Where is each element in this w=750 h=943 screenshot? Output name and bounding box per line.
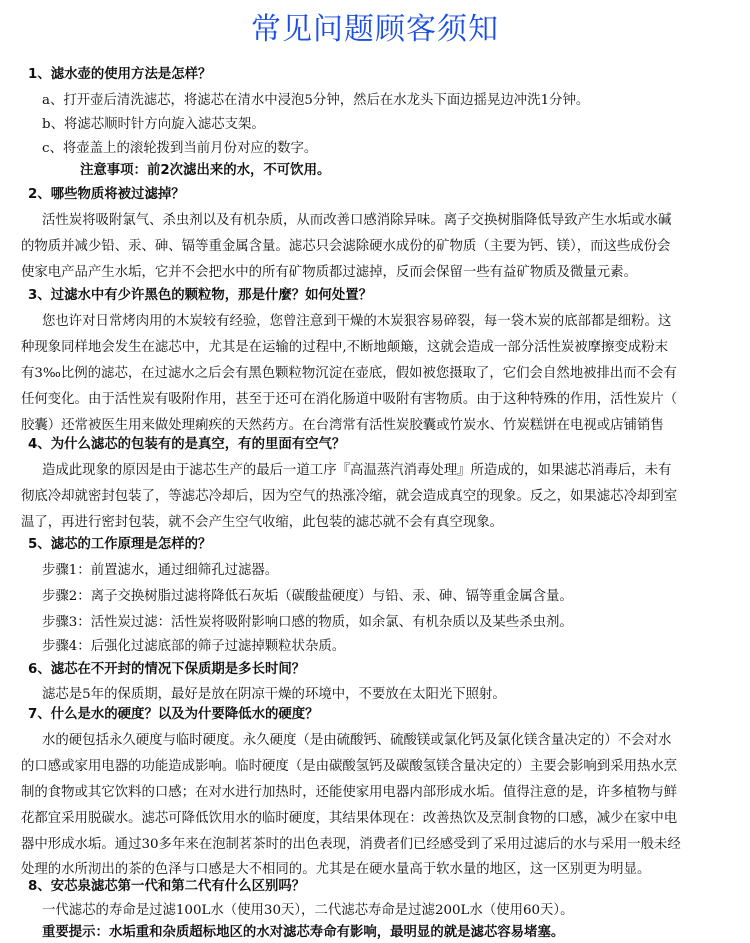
answer-1-step-a: a、打开壶后清洗滤芯，将滤芯在清水中浸泡5分钟，然后在水龙头下面边摇晃边冲洗1分… bbox=[42, 92, 589, 110]
answer-5-step-3: 步骤3：活性炭过滤：活性炭将吸附影响口感的物质，如余氯、有机杂质以及某些杀虫剂。 bbox=[42, 614, 573, 632]
answer-5-step-2: 步骤2：离子交换树脂过滤将降低石灰垢（碳酸盐硬度）与铅、汞、砷、镉等重金属含量。 bbox=[42, 588, 573, 606]
question-6: 6、滤芯在不开封的情况下保质期是多长时间？ bbox=[28, 661, 305, 679]
question-7: 7、什么是水的硬度？以及为什要降低水的硬度？ bbox=[28, 706, 319, 724]
answer-1-note: 注意事项：前2次滤出来的水，不可饮用。 bbox=[80, 162, 330, 180]
answer-4-line-2: 彻底冷却就密封包装了，等滤芯冷却后，因为空气的热涨冷缩，就会造成真空的现象。反之… bbox=[21, 488, 733, 506]
answer-3-line-1: 您也许对日常烤肉用的木炭较有经验，您曾注意到干燥的木炭狠容易碎裂，每一袋木炭的底… bbox=[42, 313, 671, 331]
answer-7-line-5: 器中形成水垢。通过30多年来在泡制茗茶时的出色表现，消费者们已经感受到了采用过滤… bbox=[21, 836, 733, 854]
question-5: 5、滤芯的工作原理是怎样的？ bbox=[28, 536, 211, 554]
page-title: 常见问题顾客须知 bbox=[0, 10, 750, 50]
answer-2-line-2: 的物质并减少铅、汞、砷、镉等重金属含量。滤芯只会滤除硬水成份的矿物质（主要为钙、… bbox=[21, 238, 733, 256]
answer-7-line-2: 的口感或家用电器的功能造成影响。临时硬度（是由碳酸氢钙及碳酸氢镁含量决定的）主要… bbox=[21, 758, 733, 776]
answer-2-line-1: 活性炭将吸附氯气、杀虫剂以及有机杂质，从而改善口感消除异味。离子交换树脂降低导致… bbox=[42, 212, 671, 230]
answer-7-line-1: 水的硬包括永久硬度与临时硬度。永久硬度（是由硫酸钙、硫酸镁或氯化钙及氯化镁含量决… bbox=[42, 732, 671, 750]
answer-5-step-4: 步骤4：后强化过滤底部的筛子过滤掉颗粒状杂质。 bbox=[42, 638, 345, 656]
answer-5-step-1: 步骤1：前置滤水，通过细筛孔过滤器。 bbox=[42, 562, 278, 580]
answer-1-step-c: c、将壶盖上的滚轮拨到当前月份对应的数字。 bbox=[42, 140, 317, 158]
question-2: 2、哪些物质将被过滤掉？ bbox=[28, 186, 185, 204]
answer-4-line-1: 造成此现象的原因是由于滤芯生产的最后一道工序『高温蒸汽消毒处理』所造成的，如果滤… bbox=[42, 462, 671, 480]
answer-6-line-1: 滤芯是5年的保质期，最好是放在阴凉干燥的环境中，不要放在太阳光下照射。 bbox=[42, 686, 506, 704]
answer-1-step-b: b、将滤芯顺时针方向旋入滤芯支架。 bbox=[42, 116, 265, 134]
question-3: 3、过滤水中有少许黑色的颗粒物，那是什麼？如何处置？ bbox=[28, 287, 372, 305]
answer-3-line-4: 任何变化。由于活性炭有吸附作用，甚至于还可在消化肠道中吸附有害物质。由于这种特殊… bbox=[21, 391, 733, 409]
question-4: 4、为什么滤芯的包装有的是真空，有的里面有空气？ bbox=[28, 436, 345, 454]
answer-7-line-6: 处理的水所沏出的茶的色泽与口感是大不相同的。尤其是在硬水量高于软水量的地区，这一… bbox=[21, 861, 733, 879]
answer-4-line-3: 温了，再进行密封包装，就不会产生空气收缩，此包装的滤芯就不会有真空现象。 bbox=[21, 514, 733, 532]
answer-3-line-2: 种现象同样地会发生在滤芯中，尤其是在运输的过程中,不断地颠簸，这就会造成一部分活… bbox=[21, 339, 733, 357]
answer-3-line-3: 有3‰比例的滤芯，在过滤水之后会有黑色颗粒物沉淀在壶底，假如被您摄取了，它们会自… bbox=[21, 365, 733, 383]
question-1: 1、滤水壶的使用方法是怎样？ bbox=[28, 66, 211, 84]
answer-8-note: 重要提示：水垢重和杂质超标地区的水对滤芯寿命有影响，最明显的就是滤芯容易堵塞。 bbox=[42, 924, 564, 942]
answer-8-line-1: 一代滤芯的寿命是过滤100L水（使用30天），二代滤芯寿命是过滤200L水（使用… bbox=[42, 902, 573, 920]
answer-7-line-3: 制的食物或其它饮料的口感；在对水进行加热时，还能使家用电器内部形成水垢。值得注意… bbox=[21, 784, 733, 802]
question-8: 8、安芯泉滤芯第一代和第二代有什么区别吗？ bbox=[28, 878, 305, 896]
answer-3-line-5: 胶囊）还常被医生用来做处理痢疾的天然药方。在台湾常有活性炭胶囊或竹炭水、竹炭糕饼… bbox=[21, 417, 733, 435]
answer-7-line-4: 花都宜采用脱碳水。滤芯可降低饮用水的临时硬度，其结果体现在：改善热饮及烹制食物的… bbox=[21, 810, 733, 828]
answer-2-line-3: 使家电产品产生水垢，它并不会把水中的所有矿物质都过滤掉，反而会保留一些有益矿物质… bbox=[21, 264, 733, 282]
